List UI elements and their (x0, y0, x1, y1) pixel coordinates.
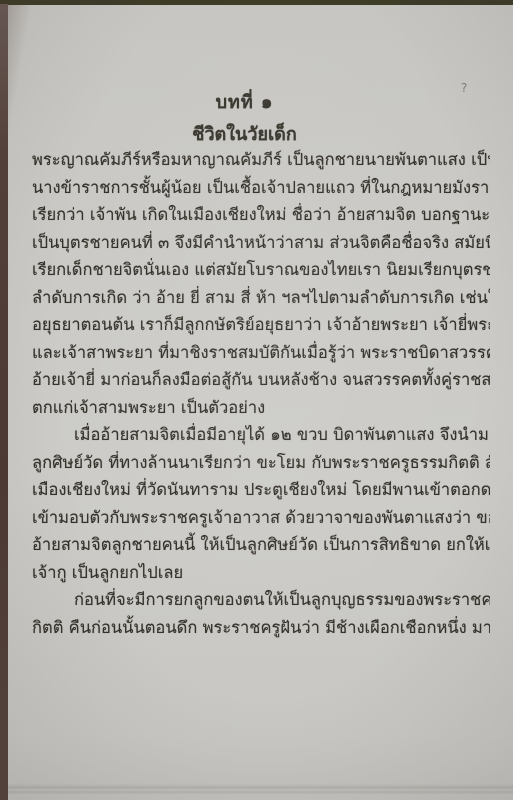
text-line: ตกแก่เจ้าสามพระยา เป็นตัวอย่าง (32, 394, 490, 422)
text-line: ลูกศิษย์วัด ที่ทางล้านนาเรียกว่า ขะโยม ก… (32, 449, 490, 477)
book-photo: ? บทที่ ๑ ชีวิตในวัยเด็ก พระญาณคัมภีร์หร… (0, 0, 513, 800)
text-line: พระญาณคัมภีร์หรือมหาญาณคัมภีร์ เป็นลูกชา… (32, 146, 490, 174)
text-line: เมื่ออ้ายสามจิตเมื่อมีอายุได้ ๑๒ ขวบ บิด… (32, 421, 490, 449)
text-line: เจ้ากู เป็นลูกยกไปเลย (32, 559, 490, 587)
text-line: เรียกเด็กชายจิตนั่นเอง แต่สมัยโบราณของไท… (32, 256, 490, 284)
text-line: นางข้าราชการชั้นผู้น้อย เป็นเชื้อเจ้าปลา… (32, 174, 490, 202)
text-line: อยุธยาตอนต้น เราก็มีลูกกษัตริย์อยุธยาว่า… (32, 311, 490, 339)
section-heading: ชีวิตในวัยเด็ก (6, 119, 483, 148)
text-line: เรียกว่า เจ้าพัน เกิดในเมืองเชียงใหม่ ชื… (32, 201, 490, 229)
text-line: อ้ายสามจิตลูกชายคนนี้ ให้เป็นลูกศิษย์วัด… (32, 531, 490, 559)
book-spine-edge (0, 4, 8, 800)
text-line: เข้ามอบตัวกับพระราชครูเจ้าอาวาส ด้วยวาจา… (32, 504, 490, 532)
text-line: กิตติ คืนก่อนนั้นตอนดึก พระราชครูฝันว่า … (32, 614, 490, 642)
body-text: พระญาณคัมภีร์หรือมหาญาณคัมภีร์ เป็นลูกชา… (32, 146, 490, 641)
text-line: ก่อนที่จะมีการยกลูกของตนให้เป็นลูกบุญธรร… (32, 586, 490, 614)
page-bottom-edge (6, 784, 513, 794)
text-line: เป็นบุตรชายคนที่ ๓ จึงมีคำนำหน้าว่าสาม ส… (32, 229, 490, 257)
text-line: และเจ้าสาพระยา ที่มาชิงราชสมบัติกันเมื่อ… (32, 339, 490, 367)
text-line: เมืองเชียงใหม่ ที่วัดนันทาราม ประตูเชียง… (32, 476, 490, 504)
text-line: อ้ายเจ้ายี่ มาก่อนก็ลงมือต่อสู้กัน บนหลั… (32, 366, 490, 394)
chapter-heading: บทที่ ๑ (6, 87, 483, 116)
book-page: ? บทที่ ๑ ชีวิตในวัยเด็ก พระญาณคัมภีร์หร… (6, 5, 513, 800)
text-line: ลำดับการเกิด ว่า อ้าย ยี่ สาม สี่ ห้า ฯล… (32, 284, 490, 312)
